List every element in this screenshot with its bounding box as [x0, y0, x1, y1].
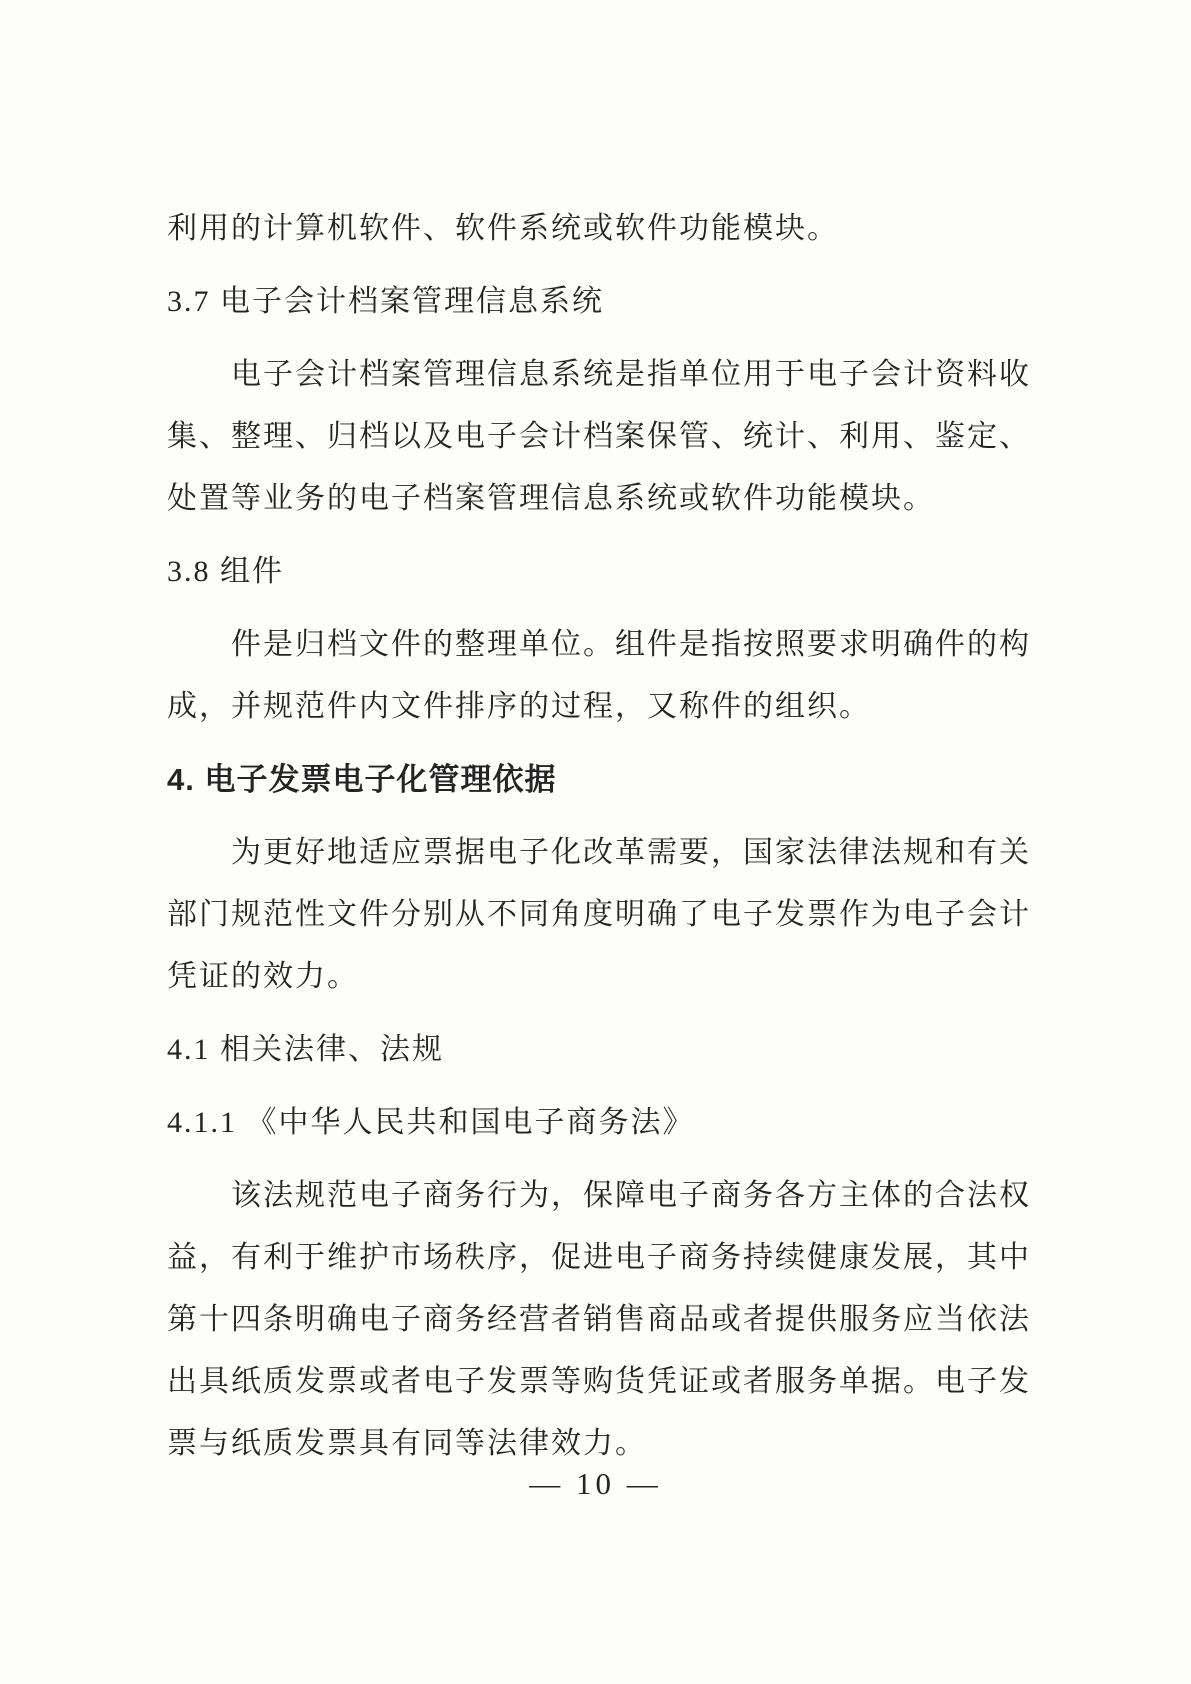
paragraph-line: 益，有利于维护市场秩序，促进电子商务持续健康发展，其中 — [167, 1227, 1031, 1289]
paragraph-line: 集、整理、归档以及电子会计档案保管、统计、利用、鉴定、 — [167, 406, 1031, 468]
continuation-line: 利用的计算机软件、软件系统或软件功能模块。 — [167, 198, 1031, 260]
paragraph-line: 出具纸质发票或者电子发票等购货凭证或者服务单据。电子发 — [167, 1351, 1031, 1413]
paragraph-line: 电子会计档案管理信息系统是指单位用于电子会计资料收 — [167, 344, 1031, 406]
paragraph-line: 部门规范性文件分别从不同角度明确了电子发票作为电子会计 — [167, 884, 1031, 946]
paragraph-line: 件是归档文件的整理单位。组件是指按照要求明确件的构 — [167, 614, 1031, 676]
paragraph-line: 成，并规范件内文件排序的过程，又称件的组织。 — [167, 676, 1031, 738]
page-number: — 10 — — [0, 1462, 1191, 1506]
paragraph-line: 为更好地适应票据电子化改革需要，国家法律法规和有关 — [167, 822, 1031, 884]
heading-3-8: 3.8 组件 — [167, 541, 1031, 603]
heading-4-1: 4.1 相关法律、法规 — [167, 1019, 1031, 1081]
heading-4-1-1: 4.1.1 《中华人民共和国电子商务法》 — [167, 1092, 1031, 1154]
heading-3-7: 3.7 电子会计档案管理信息系统 — [167, 271, 1031, 333]
paragraph-line: 凭证的效力。 — [167, 946, 1031, 1008]
paragraph-line: 处置等业务的电子档案管理信息系统或软件功能模块。 — [167, 468, 1031, 530]
document-page: 利用的计算机软件、软件系统或软件功能模块。 3.7 电子会计档案管理信息系统 电… — [0, 0, 1191, 1684]
paragraph-line: 第十四条明确电子商务经营者销售商品或者提供服务应当依法 — [167, 1289, 1031, 1351]
page-body: 利用的计算机软件、软件系统或软件功能模块。 3.7 电子会计档案管理信息系统 电… — [167, 198, 1031, 1475]
heading-4: 4. 电子发票电子化管理依据 — [167, 749, 1031, 811]
paragraph-line: 该法规范电子商务行为，保障电子商务各方主体的合法权 — [167, 1165, 1031, 1227]
